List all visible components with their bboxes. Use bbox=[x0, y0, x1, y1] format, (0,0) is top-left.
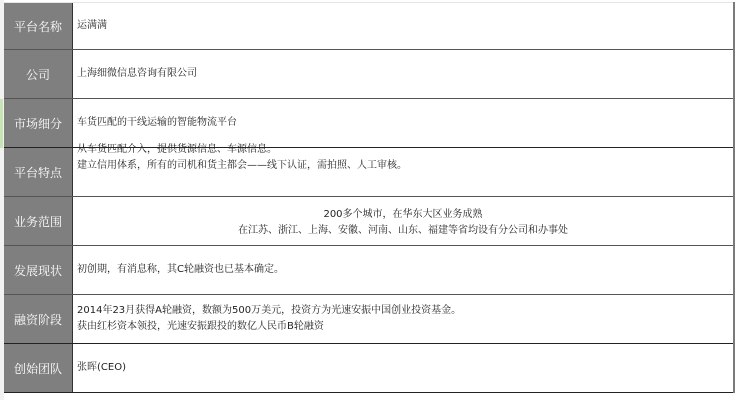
row-label: 平台名称 bbox=[4, 3, 73, 49]
row-value[interactable]: 上海细微信息咨询有限公司 bbox=[73, 50, 733, 98]
table-row-market-segment: 市场细分 车货匹配的干线运输的智能物流平台 bbox=[4, 99, 733, 148]
value-line: 上海细微信息咨询有限公司 bbox=[77, 66, 733, 82]
table-row-platform-name: 平台名称 运满满 bbox=[4, 2, 733, 50]
row-value[interactable]: 200多个城市，在华东大区业务成熟 在江苏、浙江、上海、安徽、河南、山东、福建等… bbox=[73, 197, 733, 245]
row-value[interactable]: 张晖(CEO) bbox=[73, 344, 733, 392]
table-row-founding-team: 创始团队 张晖(CEO) bbox=[4, 344, 733, 393]
row-value[interactable]: 初创期，有消息称，其C轮融资也已基本确定。 bbox=[73, 246, 733, 294]
row-value[interactable]: 车货匹配的干线运输的智能物流平台 bbox=[73, 99, 733, 147]
row-label: 融资阶段 bbox=[4, 295, 73, 343]
row-label: 公司 bbox=[4, 50, 73, 98]
value-line: 2014年23月获得A轮融资，数额为500万美元，投资方为光速安振中国创业投资基… bbox=[77, 303, 733, 319]
value-line: 建立信用体系，所有的司机和货主都会——线下认证，需拍照、人工审核。 bbox=[77, 158, 733, 174]
table-row-funding-stage: 融资阶段 2014年23月获得A轮融资，数额为500万美元，投资方为光速安振中国… bbox=[4, 295, 733, 344]
table-row-company: 公司 上海细微信息咨询有限公司 bbox=[4, 50, 733, 99]
value-line: 运满满 bbox=[77, 18, 733, 34]
value-line: 获由红杉资本领投，光速安振跟投的数亿人民币B轮融资 bbox=[77, 319, 733, 335]
row-label: 平台特点 bbox=[4, 148, 73, 196]
row-value[interactable]: 运满满 bbox=[73, 3, 733, 49]
row-label: 市场细分 bbox=[4, 99, 73, 147]
row-label: 发展现状 bbox=[4, 246, 73, 294]
selection-marker bbox=[0, 99, 3, 148]
value-line: 初创期，有消息称，其C轮融资也已基本确定。 bbox=[77, 262, 733, 278]
value-line: 从车货匹配介入，提供货源信息、车源信息。 bbox=[77, 142, 733, 158]
row-label: 业务范围 bbox=[4, 197, 73, 245]
row-value[interactable]: 从车货匹配介入，提供货源信息、车源信息。 建立信用体系，所有的司机和货主都会——… bbox=[73, 148, 733, 196]
company-profile-table: 平台名称 运满满 公司 上海细微信息咨询有限公司 市场细分 车货匹配的干线运输的… bbox=[4, 2, 735, 393]
table-row-business-scope: 业务范围 200多个城市，在华东大区业务成熟 在江苏、浙江、上海、安徽、河南、山… bbox=[4, 197, 733, 246]
row-label: 创始团队 bbox=[4, 344, 73, 392]
value-line: 在江苏、浙江、上海、安徽、河南、山东、福建等省均设有分公司和办事处 bbox=[238, 223, 568, 239]
table-row-development-status: 发展现状 初创期，有消息称，其C轮融资也已基本确定。 bbox=[4, 246, 733, 295]
table-row-platform-features: 平台特点 从车货匹配介入，提供货源信息、车源信息。 建立信用体系，所有的司机和货… bbox=[4, 148, 733, 197]
value-line: 车货匹配的干线运输的智能物流平台 bbox=[77, 115, 733, 131]
value-line: 张晖(CEO) bbox=[77, 360, 733, 376]
row-value[interactable]: 2014年23月获得A轮融资，数额为500万美元，投资方为光速安振中国创业投资基… bbox=[73, 295, 733, 343]
value-line: 200多个城市，在华东大区业务成熟 bbox=[323, 207, 482, 223]
